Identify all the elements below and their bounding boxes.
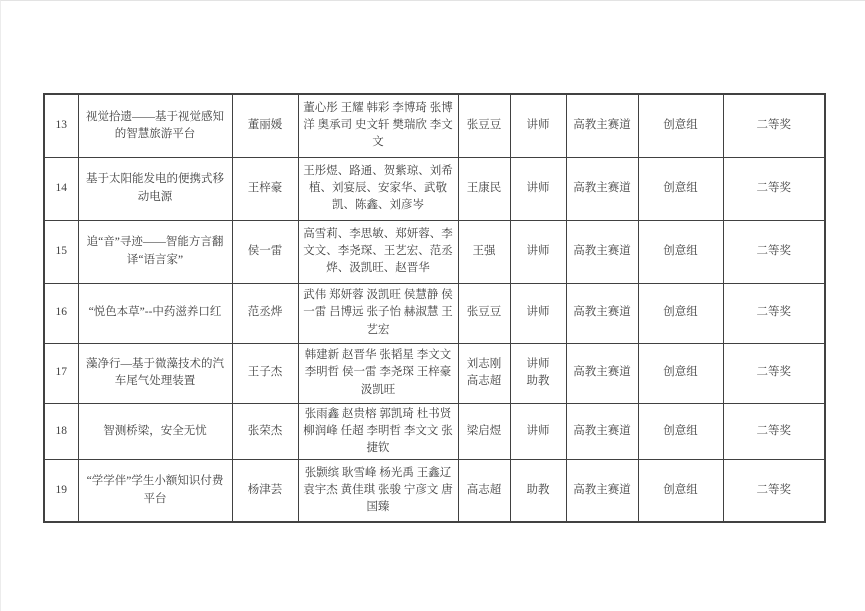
cell-award: 二等奖 bbox=[723, 460, 825, 522]
cell-track: 高教主赛道 bbox=[566, 157, 638, 220]
table-row: 16 “悦色本草”--中药滋养口红 范丞烨 武伟 郑妍蓉 汲凯旺 侯慧静 侯一雷… bbox=[44, 283, 825, 343]
cell-group: 创意组 bbox=[638, 403, 723, 460]
cell-group: 创意组 bbox=[638, 157, 723, 220]
cell-advisor-title: 讲师 bbox=[510, 403, 566, 460]
cell-leader: 张荣杰 bbox=[232, 403, 298, 460]
cell-project-name: 视觉拾遗——基于视觉感知的智慧旅游平台 bbox=[78, 94, 232, 157]
cell-leader: 杨津芸 bbox=[232, 460, 298, 522]
cell-team-members: 高雪莉、李思敏、郑妍蓉、李文文、李尧琛、王艺宏、范丞烨、汲凯旺、赵晋华 bbox=[298, 220, 458, 283]
cell-advisor-title: 讲师 助教 bbox=[510, 343, 566, 403]
cell-team-members: 韩建新 赵晋华 张韬星 李文文 李明哲 侯一雷 李尧琛 王梓豪 汲凯旺 bbox=[298, 343, 458, 403]
cell-group: 创意组 bbox=[638, 94, 723, 157]
table-row: 14 基于太阳能发电的便携式移动电源 王梓豪 王彤煜、路通、贺紫琼、刘希植、刘宴… bbox=[44, 157, 825, 220]
cell-serial-number: 17 bbox=[44, 343, 78, 403]
cell-track: 高教主赛道 bbox=[566, 460, 638, 522]
cell-award: 二等奖 bbox=[723, 220, 825, 283]
table-row: 19 “学学伴”学生小额知识付费平台 杨津芸 张颢缤 耿雪峰 杨光禹 王鑫辽 袁… bbox=[44, 460, 825, 522]
cell-advisor: 高志超 bbox=[458, 460, 510, 522]
cell-leader: 范丞烨 bbox=[232, 283, 298, 343]
cell-track: 高教主赛道 bbox=[566, 343, 638, 403]
cell-track: 高教主赛道 bbox=[566, 283, 638, 343]
cell-leader: 董丽媛 bbox=[232, 94, 298, 157]
cell-group: 创意组 bbox=[638, 283, 723, 343]
cell-advisor: 梁启煜 bbox=[458, 403, 510, 460]
cell-team-members: 张颢缤 耿雪峰 杨光禹 王鑫辽 袁宇杰 黄佳琪 张骏 宁彦文 唐国臻 bbox=[298, 460, 458, 522]
cell-serial-number: 14 bbox=[44, 157, 78, 220]
cell-track: 高教主赛道 bbox=[566, 403, 638, 460]
cell-project-name: 藻净行—基于微藻技术的汽车尾气处理装置 bbox=[78, 343, 232, 403]
cell-advisor: 张豆豆 bbox=[458, 94, 510, 157]
cell-award: 二等奖 bbox=[723, 157, 825, 220]
table-row: 18 智测桥梁，安全无忧 张荣杰 张雨鑫 赵贵榕 郭凯琦 杜书贤 柳润峰 任超 … bbox=[44, 403, 825, 460]
cell-serial-number: 18 bbox=[44, 403, 78, 460]
cell-project-name: “悦色本草”--中药滋养口红 bbox=[78, 283, 232, 343]
cell-award: 二等奖 bbox=[723, 343, 825, 403]
cell-advisor-title: 讲师 bbox=[510, 220, 566, 283]
award-table: 13 视觉拾遗——基于视觉感知的智慧旅游平台 董丽媛 董心彤 王耀 韩彩 李博琦… bbox=[43, 93, 826, 523]
cell-group: 创意组 bbox=[638, 460, 723, 522]
cell-advisor-title: 讲师 bbox=[510, 94, 566, 157]
cell-team-members: 王彤煜、路通、贺紫琼、刘希植、刘宴辰、安家华、武敬凯、陈鑫、刘彦岑 bbox=[298, 157, 458, 220]
cell-serial-number: 16 bbox=[44, 283, 78, 343]
cell-serial-number: 15 bbox=[44, 220, 78, 283]
cell-serial-number: 19 bbox=[44, 460, 78, 522]
cell-advisor-title: 讲师 bbox=[510, 283, 566, 343]
cell-advisor: 王强 bbox=[458, 220, 510, 283]
cell-group: 创意组 bbox=[638, 220, 723, 283]
cell-award: 二等奖 bbox=[723, 283, 825, 343]
cell-advisor-title: 助教 bbox=[510, 460, 566, 522]
cell-advisor-title: 讲师 bbox=[510, 157, 566, 220]
cell-serial-number: 13 bbox=[44, 94, 78, 157]
cell-track: 高教主赛道 bbox=[566, 220, 638, 283]
cell-track: 高教主赛道 bbox=[566, 94, 638, 157]
cell-advisor: 王康民 bbox=[458, 157, 510, 220]
document-page: 13 视觉拾遗——基于视觉感知的智慧旅游平台 董丽媛 董心彤 王耀 韩彩 李博琦… bbox=[0, 0, 865, 611]
cell-leader: 王梓豪 bbox=[232, 157, 298, 220]
cell-project-name: 追“音”寻迹——智能方言翻译“语言家” bbox=[78, 220, 232, 283]
table-row: 17 藻净行—基于微藻技术的汽车尾气处理装置 王子杰 韩建新 赵晋华 张韬星 李… bbox=[44, 343, 825, 403]
cell-advisor: 刘志刚 高志超 bbox=[458, 343, 510, 403]
cell-team-members: 张雨鑫 赵贵榕 郭凯琦 杜书贤 柳润峰 任超 李明哲 李文文 张捷钦 bbox=[298, 403, 458, 460]
cell-project-name: 基于太阳能发电的便携式移动电源 bbox=[78, 157, 232, 220]
cell-award: 二等奖 bbox=[723, 403, 825, 460]
cell-group: 创意组 bbox=[638, 343, 723, 403]
cell-project-name: 智测桥梁，安全无忧 bbox=[78, 403, 232, 460]
cell-team-members: 武伟 郑妍蓉 汲凯旺 侯慧静 侯一雷 吕博远 张子怡 赫淑慧 王艺宏 bbox=[298, 283, 458, 343]
table-row: 15 追“音”寻迹——智能方言翻译“语言家” 侯一雷 高雪莉、李思敏、郑妍蓉、李… bbox=[44, 220, 825, 283]
cell-project-name: “学学伴”学生小额知识付费平台 bbox=[78, 460, 232, 522]
cell-advisor: 张豆豆 bbox=[458, 283, 510, 343]
cell-team-members: 董心彤 王耀 韩彩 李博琦 张博洋 奥承司 史文轩 樊瑞欣 李文文 bbox=[298, 94, 458, 157]
cell-leader: 王子杰 bbox=[232, 343, 298, 403]
cell-award: 二等奖 bbox=[723, 94, 825, 157]
table-row: 13 视觉拾遗——基于视觉感知的智慧旅游平台 董丽媛 董心彤 王耀 韩彩 李博琦… bbox=[44, 94, 825, 157]
cell-leader: 侯一雷 bbox=[232, 220, 298, 283]
